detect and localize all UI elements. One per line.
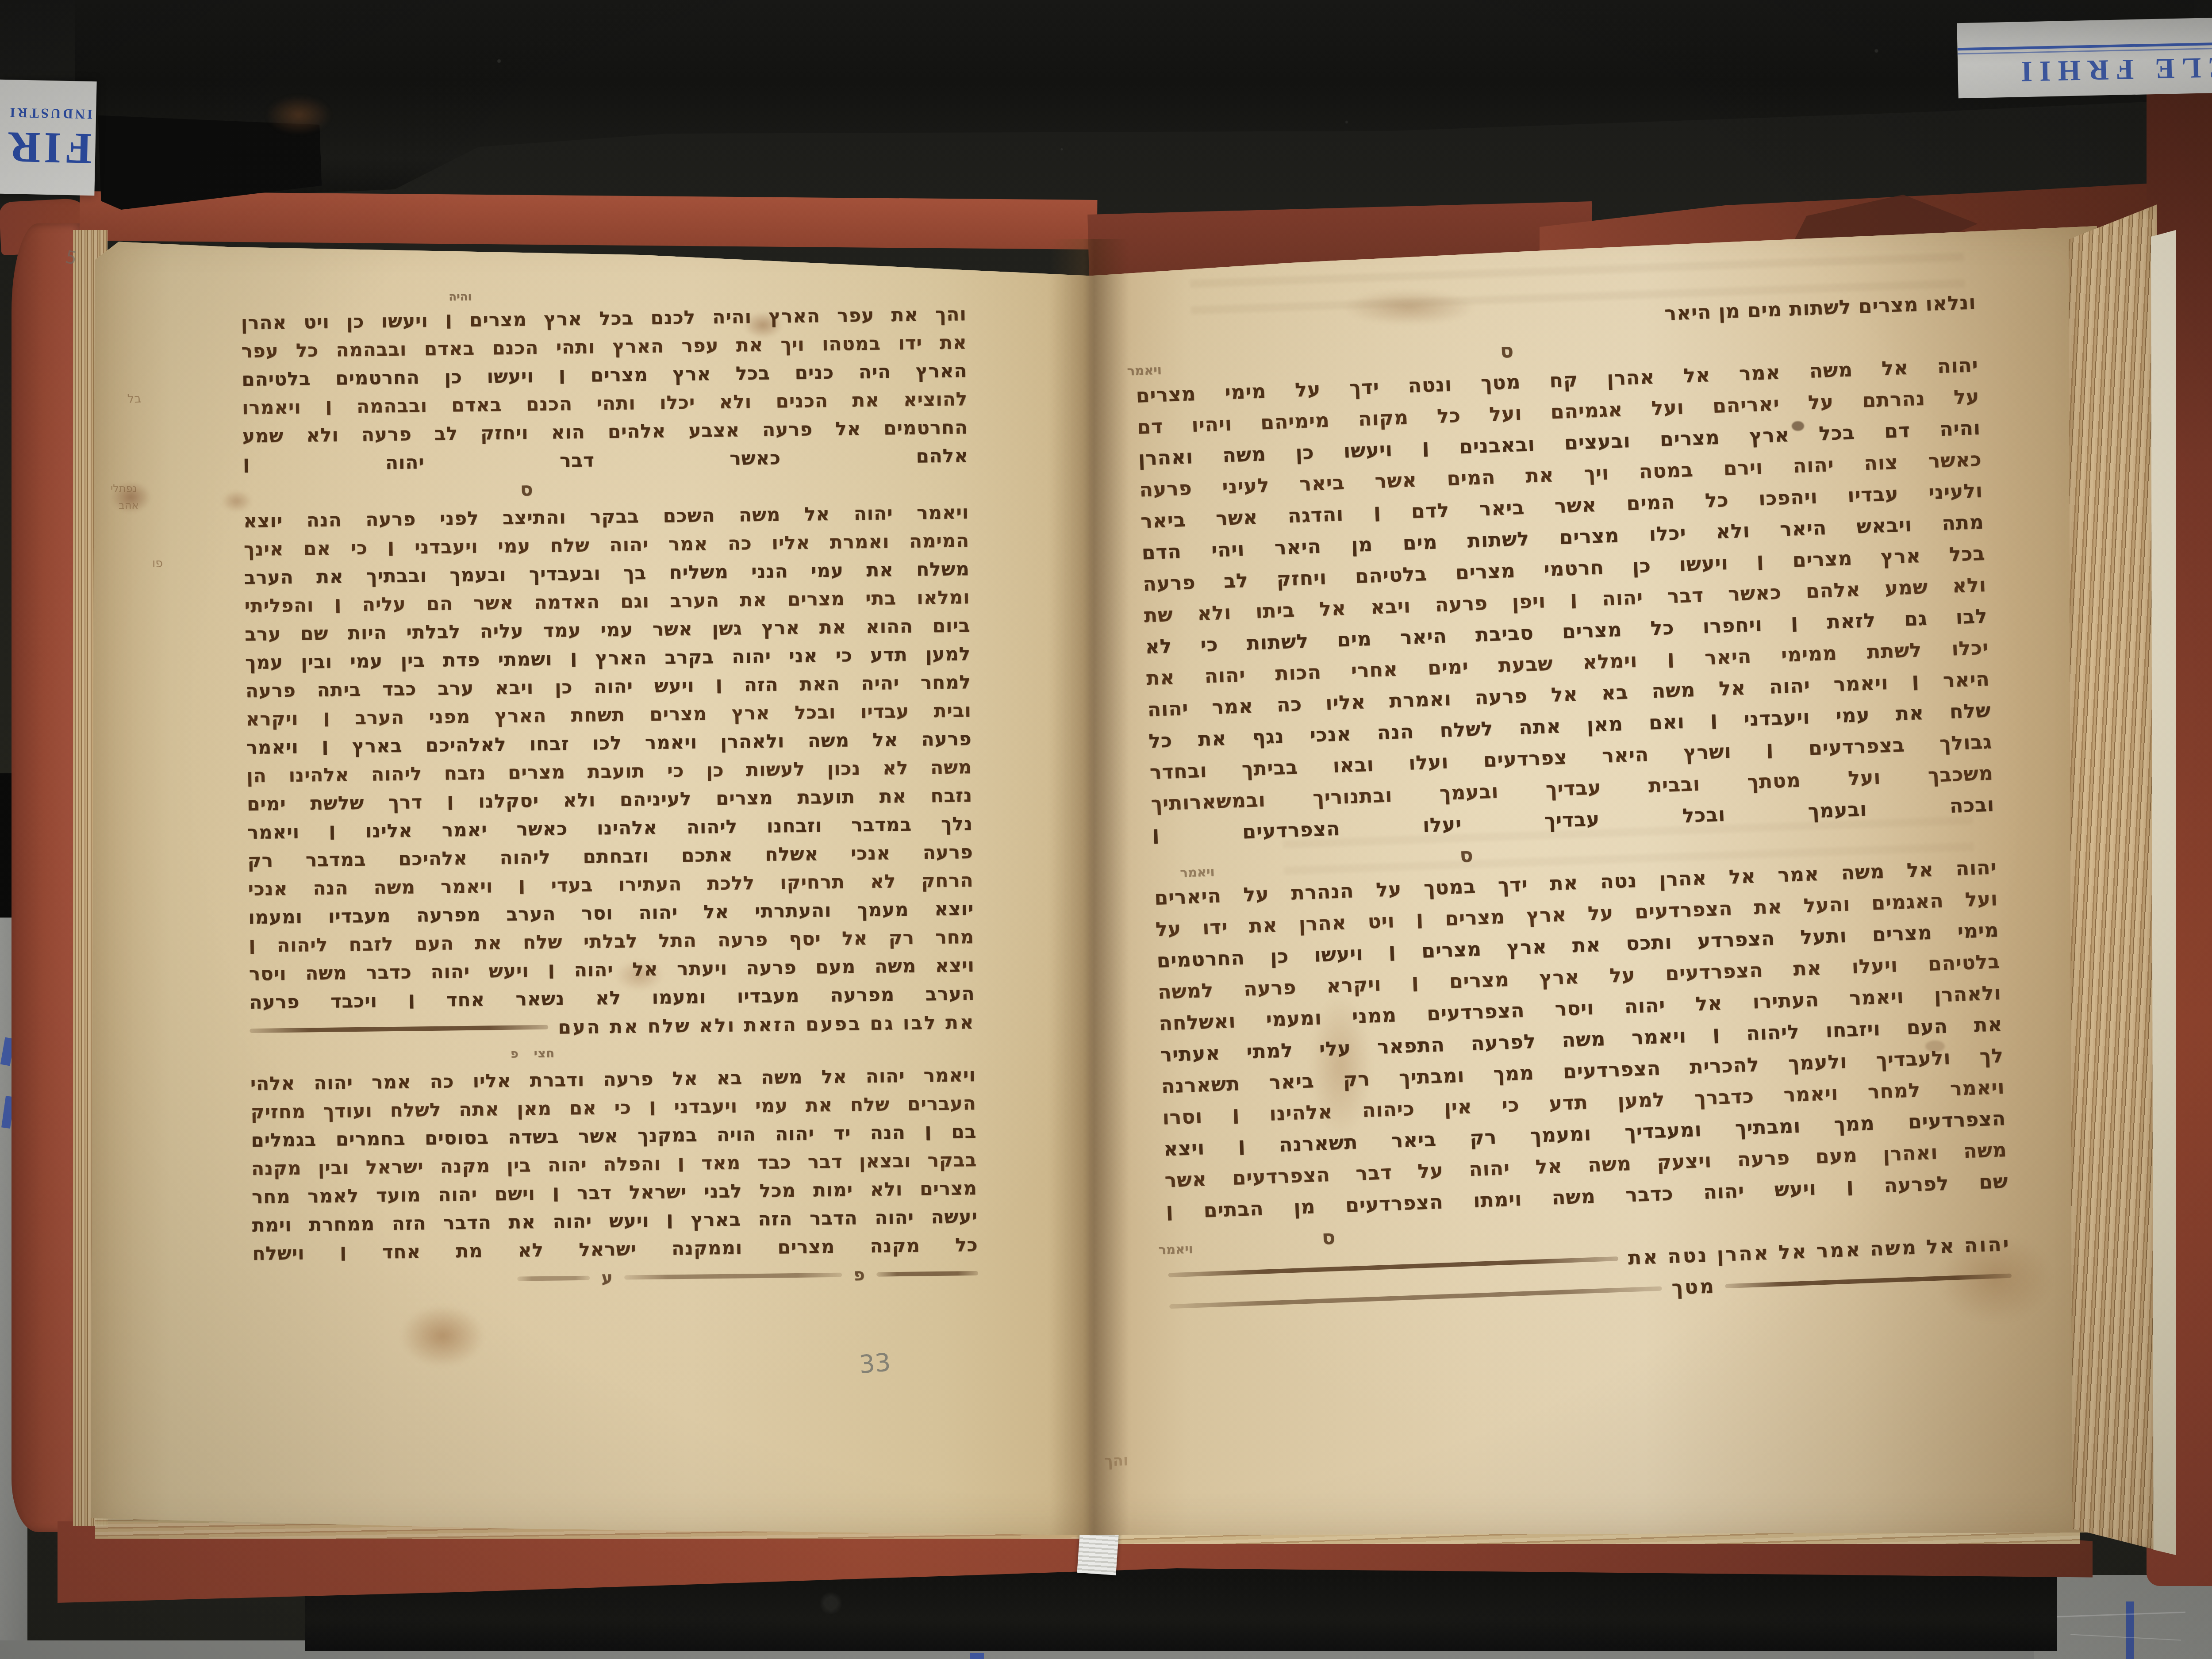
leather-cover-top-strip (80, 191, 1098, 250)
margin-note: אהב (119, 499, 139, 511)
text-block-a: והך את עפר הארץ והיה לכנם בכל ארץ מצרים … (241, 300, 968, 479)
margin-note: בל (127, 392, 141, 406)
half-book-mark: חצי (534, 1041, 555, 1067)
flourish-letter-pe: פ (853, 1265, 865, 1284)
manuscript-photograph-scene: FIR INDUSTRI ELE FRHII ונלאו מצרים לשתות… (0, 0, 2212, 1659)
line-filler-flourish (1168, 1256, 1618, 1277)
label-upside-down-letters: ELE FRHII (1962, 50, 2212, 90)
pencil-folio-number: 33 (858, 1348, 892, 1379)
flourish-letter-ayin: ע (601, 1268, 613, 1287)
left-page-text-column: והיה והך את עפר הארץ והיה לכנם בכל ארץ מ… (241, 300, 978, 1296)
samekh-section-mark: ס (1500, 335, 1514, 367)
line-filler-flourish (1169, 1286, 1662, 1309)
line-filler-flourish (517, 1276, 590, 1281)
margin-note: פו (152, 557, 163, 570)
samekh-section-mark: ס (1459, 839, 1474, 871)
pe-mark: פ (511, 1042, 519, 1067)
label-upside-down-text: FIR INDUSTRI (0, 80, 97, 196)
line-filler-flourish (250, 1025, 548, 1033)
leather-cover-left-edge (12, 223, 83, 1532)
text-block-b: ויאמר יהוה אל משה השכם בבקר והתיצב לפני … (243, 498, 975, 1017)
flyleaf-edge-strip (2151, 230, 2176, 1555)
line-filler-flourish (877, 1271, 979, 1277)
catchword: והך (1104, 1452, 1129, 1470)
blue-registration-mark (2126, 1601, 2134, 1659)
samekh-section-mark: ס (520, 475, 534, 503)
fore-edge-leaf-stack (2069, 204, 2157, 1550)
line-filler-flourish (625, 1273, 842, 1280)
blue-box-label-top-right: ELE FRHII (1957, 18, 2212, 99)
text-block-b: יהוה אל משה אמר אל אהרן נטה את ידך במטך … (1154, 852, 2008, 1228)
margin-word-vayomer: ויאמר (1126, 354, 1162, 387)
stretched-line-text: את לבו גם בפעם הזאת ולא שלח את העם (558, 1011, 975, 1038)
cradle-top-bar (75, 0, 2194, 204)
margin-word-vayomer: ויאמר (1179, 856, 1215, 889)
text-block-c: ויאמר יהוה אל משה בא אל פרעה ודברת אליו … (250, 1061, 978, 1268)
interlinear-correction: והיה (449, 290, 472, 304)
margin-note: נפתלי (111, 482, 137, 495)
right-page-text-column: ונלאו מצרים לשתות מים מן היאר ס ויאמר יה… (1133, 287, 2012, 1322)
label-letters-large: FIR (4, 125, 92, 171)
blue-box-label-top-left: FIR INDUSTRI (0, 80, 97, 196)
label-letters-small: INDUSTRI (8, 104, 92, 122)
line-filler-flourish (1725, 1273, 2012, 1288)
closing-word-text: מטך (1671, 1275, 1716, 1299)
margin-word-vayomer: ויאמר (1158, 1233, 1194, 1266)
text-block-a: יהוה אל משה אמר אל אהרן קח מטך ונטה ידך … (1135, 349, 1995, 851)
samekh-section-mark: ס (1321, 1221, 1336, 1253)
blue-registration-mark (970, 1653, 984, 1659)
